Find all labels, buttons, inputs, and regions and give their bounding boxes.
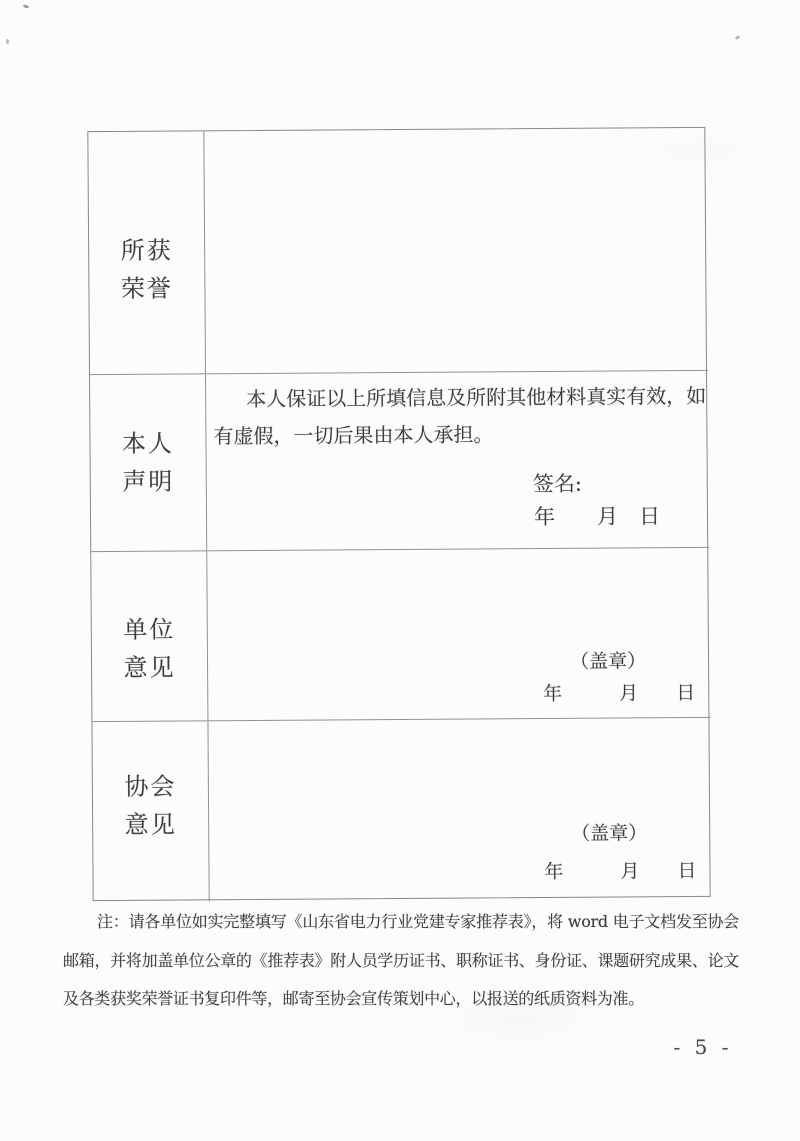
declaration-label: 本人 声明 [90, 374, 207, 551]
declaration-label-line1: 本人 [122, 425, 174, 463]
association-date-line: 年 月 日 [544, 859, 696, 884]
honors-label: 所获 荣誉 [88, 131, 206, 374]
declaration-text: 本人保证以上所填信息及所附其他材料真实有效，如有虚假，一切后果由本人承担。 [206, 371, 709, 456]
association-opinion-label-line1: 协会 [124, 768, 176, 806]
scan-speck [6, 39, 9, 44]
association-opinion-label: 协会 意见 [92, 721, 209, 902]
row-unit-opinion: 单位 意见 （盖章） 年 月 日 [91, 548, 710, 722]
declaration-content-cell: 本人保证以上所填信息及所附其他材料真实有效，如有虚假，一切后果由本人承担。 签名… [206, 371, 709, 551]
honors-label-line2: 荣誉 [121, 270, 173, 308]
honors-content-cell [204, 128, 708, 373]
unit-opinion-content-cell: （盖章） 年 月 日 [207, 548, 710, 721]
row-honors: 所获 荣誉 [88, 128, 708, 375]
signature-label: 签名: [533, 472, 582, 496]
honors-label-line1: 所获 [121, 232, 173, 270]
unit-opinion-label: 单位 意见 [91, 551, 208, 721]
association-opinion-content-cell: （盖章） 年 月 日 [208, 718, 711, 902]
row-declaration: 本人 声明 本人保证以上所填信息及所附其他材料真实有效，如有虚假，一切后果由本人… [90, 371, 709, 552]
unit-seal-label: （盖章） [570, 649, 646, 674]
association-opinion-label-line2: 意见 [125, 806, 177, 844]
association-seal-label: （盖章） [571, 821, 647, 846]
page-number: - 5 - [648, 1035, 758, 1059]
declaration-date-line: 年 月 日 [534, 504, 660, 529]
unit-date-line: 年 月 日 [543, 681, 695, 706]
footnote: 注：请各单位如实完整填写《山东省电力行业党建专家推荐表》，将 word 电子文档… [63, 903, 739, 1019]
recommendation-form-table: 所获 荣誉 本人 声明 本人保证以上所填信息及所附其他材料真实有效，如有虚假，一… [87, 127, 710, 901]
scan-speck [23, 4, 30, 9]
unit-opinion-label-line2: 意见 [123, 648, 175, 686]
row-association-opinion: 协会 意见 （盖章） 年 月 日 [92, 718, 711, 902]
unit-opinion-label-line1: 单位 [123, 610, 175, 648]
declaration-label-line2: 声明 [122, 463, 174, 501]
scan-speck [735, 35, 741, 40]
